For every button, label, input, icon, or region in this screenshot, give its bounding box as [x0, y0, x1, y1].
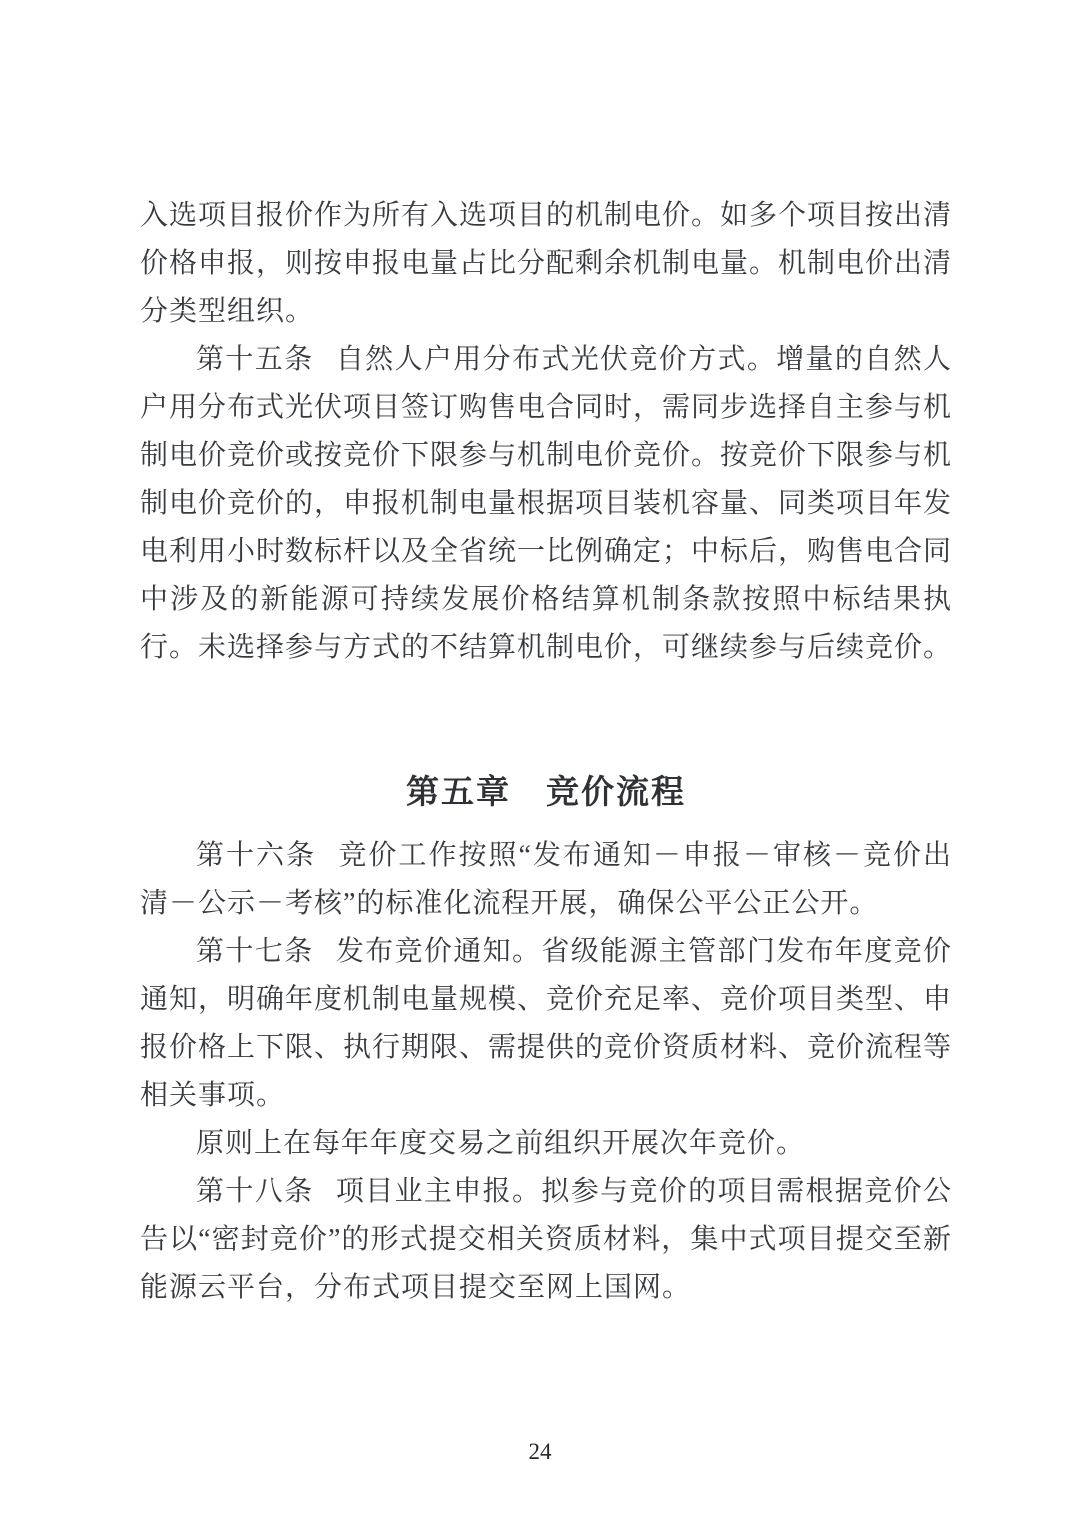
article-18-paragraph: 第十八条项目业主申报。拟参与竞价的项目需根据竞价公告以“密封竞价”的形式提交相关…	[140, 1168, 952, 1312]
article-17-label: 第十七条	[196, 936, 313, 967]
document-body: 入选项目报价作为所有入选项目的机制电价。如多个项目按出清价格申报，则按申报电量占…	[140, 192, 952, 1312]
document-page: 入选项目报价作为所有入选项目的机制电价。如多个项目按出清价格申报，则按申报电量占…	[0, 0, 1080, 1527]
article-15-text: 自然人户用分布式光伏竞价方式。增量的自然人户用分布式光伏项目签订购售电合同时，需…	[140, 344, 952, 663]
chapter-5-heading: 第五章 竞价流程	[140, 768, 952, 816]
page-number: 24	[0, 1438, 1080, 1466]
article-16-label: 第十六条	[196, 840, 316, 871]
principle-paragraph: 原则上在每年年度交易之前组织开展次年竞价。	[140, 1120, 952, 1168]
article-15-label: 第十五条	[196, 344, 313, 375]
article-15-paragraph: 第十五条自然人户用分布式光伏竞价方式。增量的自然人户用分布式光伏项目签订购售电合…	[140, 336, 952, 672]
article-18-label: 第十八条	[196, 1176, 313, 1207]
paragraph-continuation: 入选项目报价作为所有入选项目的机制电价。如多个项目按出清价格申报，则按申报电量占…	[140, 192, 952, 336]
article-17-paragraph: 第十七条发布竞价通知。省级能源主管部门发布年度竞价通知，明确年度机制电量规模、竞…	[140, 928, 952, 1120]
article-16-paragraph: 第十六条竞价工作按照“发布通知－申报－审核－竞价出清－公示－考核”的标准化流程开…	[140, 832, 952, 928]
